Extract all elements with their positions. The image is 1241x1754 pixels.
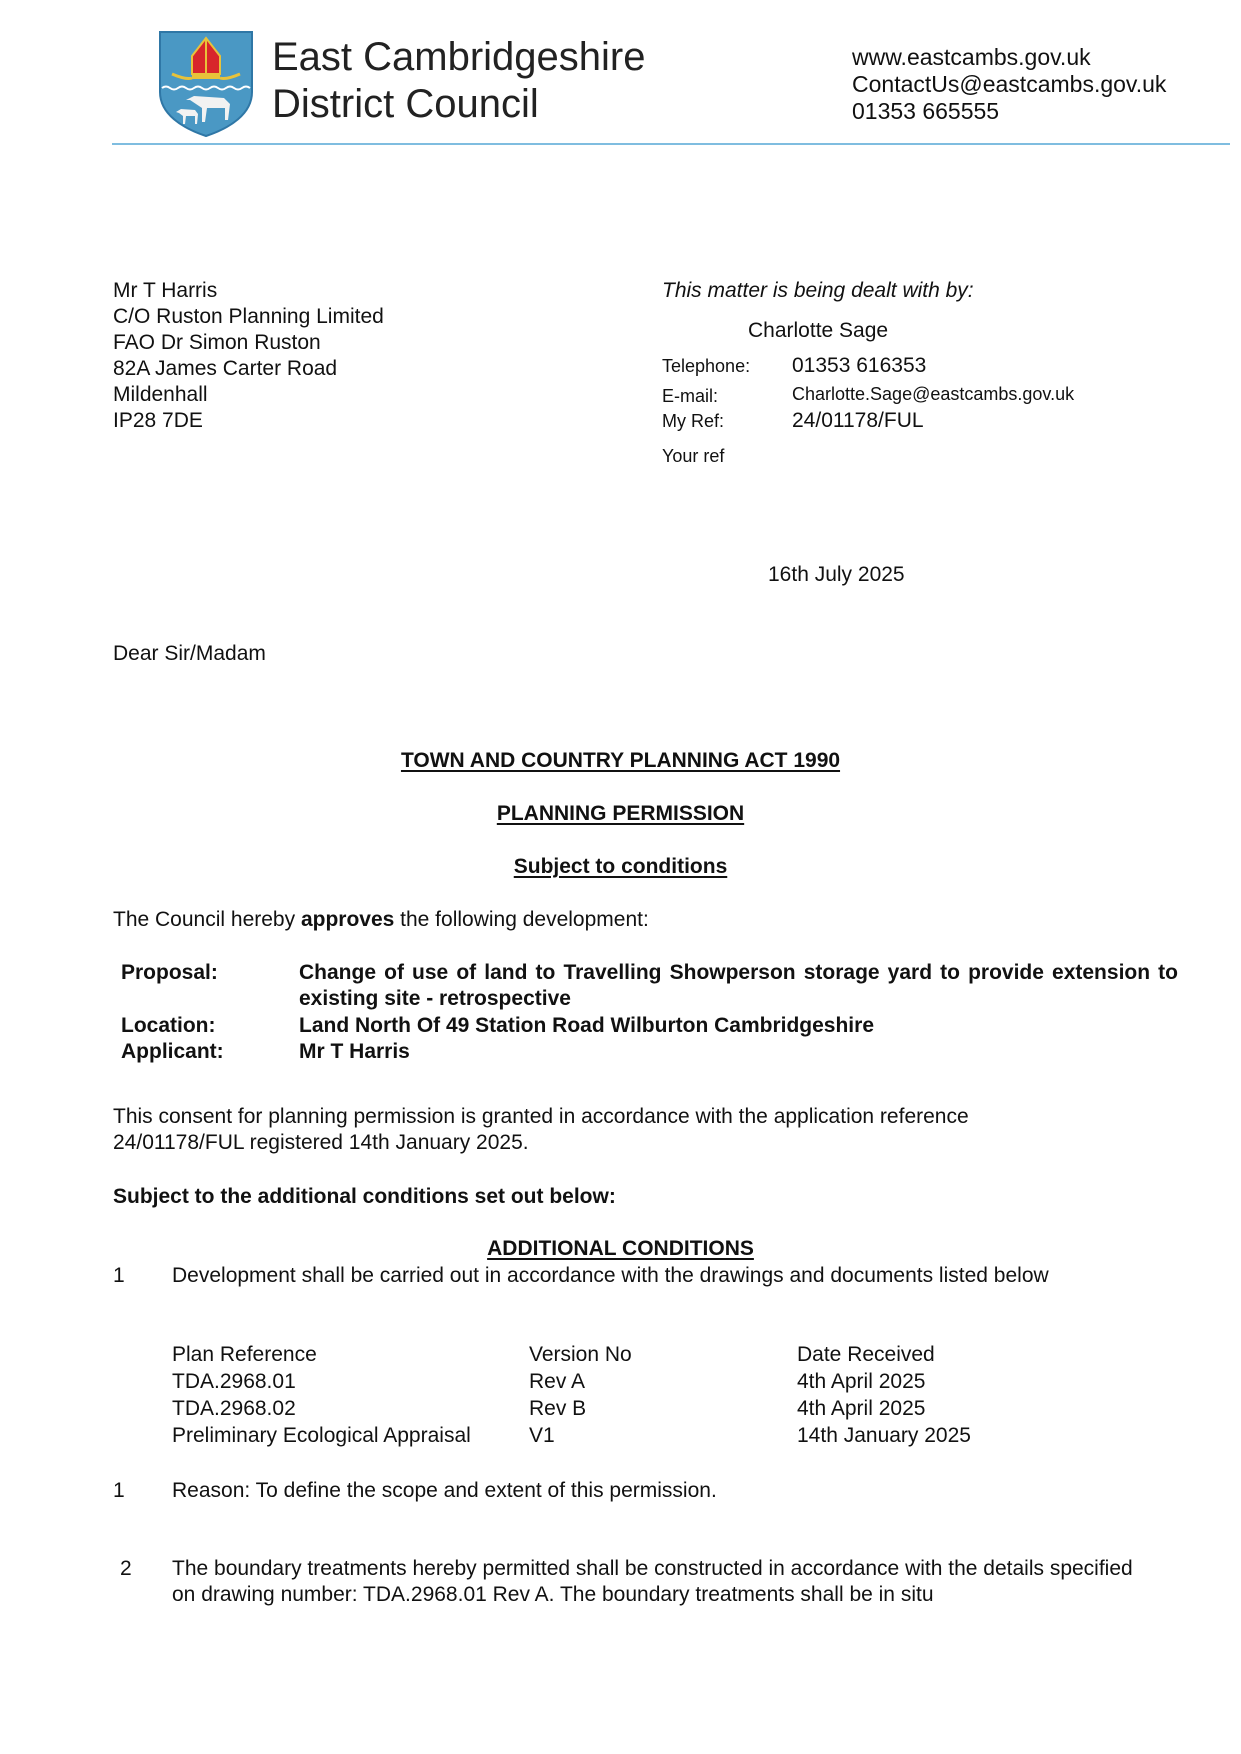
officer-name: Charlotte Sage <box>748 318 888 344</box>
permission-heading: PLANNING PERMISSION <box>0 801 1241 827</box>
additional-intro: Subject to the additional conditions set… <box>113 1184 616 1210</box>
council-contact: www.eastcambs.gov.uk ContactUs@eastcambs… <box>852 44 1166 125</box>
location-label: Location: <box>121 1013 291 1039</box>
approval-keyword: approves <box>301 908 394 931</box>
table-cell: 4th April 2025 <box>797 1396 925 1422</box>
my-ref-label: My Ref: <box>662 410 724 432</box>
additional-conditions-heading: ADDITIONAL CONDITIONS <box>0 1236 1241 1262</box>
address-line: C/O Ruston Planning Limited <box>113 304 384 330</box>
officer-intro: This matter is being dealt with by: <box>662 278 974 304</box>
address-line: 82A James Carter Road <box>113 356 384 382</box>
proposal-value: Change of use of land to Travelling Show… <box>299 960 1178 1012</box>
approval-suffix: the following development: <box>394 908 649 931</box>
address-line: Mildenhall <box>113 382 384 408</box>
column-header: Date Received <box>797 1342 935 1368</box>
council-phone: 01353 665555 <box>852 98 1166 125</box>
address-line: IP28 7DE <box>113 408 384 434</box>
consent-line-2: 24/01178/FUL registered 14th January 202… <box>113 1130 969 1156</box>
brand-line-2: District Council <box>272 81 646 128</box>
condition-text: The boundary treatments hereby permitted… <box>172 1556 1152 1608</box>
column-header: Plan Reference <box>172 1342 317 1368</box>
my-ref-value: 24/01178/FUL <box>792 408 924 434</box>
act-heading: TOWN AND COUNTRY PLANNING ACT 1990 <box>0 748 1241 774</box>
table-cell: TDA.2968.02 <box>172 1396 296 1422</box>
table-cell: Rev A <box>529 1369 585 1395</box>
brand-line-1: East Cambridgeshire <box>272 34 646 81</box>
telephone-label: Telephone: <box>662 355 750 377</box>
approval-statement: The Council hereby approves the followin… <box>113 907 649 933</box>
reason-number: 1 <box>113 1478 125 1504</box>
council-website-link[interactable]: www.eastcambs.gov.uk <box>852 44 1166 71</box>
condition-number: 2 <box>120 1556 132 1582</box>
letter-date: 16th July 2025 <box>768 562 905 588</box>
council-name: East Cambridgeshire District Council <box>272 34 646 128</box>
table-cell: Preliminary Ecological Appraisal <box>172 1423 471 1449</box>
table-cell: 4th April 2025 <box>797 1369 925 1395</box>
applicant-value: Mr T Harris <box>299 1039 410 1065</box>
table-cell: TDA.2968.01 <box>172 1369 296 1395</box>
proposal-label: Proposal: <box>121 960 291 986</box>
column-header: Version No <box>529 1342 632 1368</box>
consent-line-1: This consent for planning permission is … <box>113 1104 969 1130</box>
address-line: Mr T Harris <box>113 278 384 304</box>
table-cell: V1 <box>529 1423 555 1449</box>
your-ref-label: Your ref <box>662 445 724 467</box>
condition-number: 1 <box>113 1263 125 1289</box>
address-line: FAO Dr Simon Ruston <box>113 330 384 356</box>
recipient-address: Mr T Harris C/O Ruston Planning Limited … <box>113 278 384 434</box>
council-email-link[interactable]: ContactUs@eastcambs.gov.uk <box>852 71 1166 98</box>
subject-heading: Subject to conditions <box>0 854 1241 880</box>
reason-text: Reason: To define the scope and extent o… <box>172 1478 1132 1504</box>
applicant-label: Applicant: <box>121 1039 291 1065</box>
table-cell: 14th January 2025 <box>797 1423 971 1449</box>
table-cell: Rev B <box>529 1396 586 1422</box>
approval-prefix: The Council hereby <box>113 908 301 931</box>
email-label: E-mail: <box>662 385 718 407</box>
condition-text: Development shall be carried out in acco… <box>172 1263 1092 1289</box>
salutation: Dear Sir/Madam <box>113 641 266 667</box>
council-shield-icon <box>158 30 254 138</box>
officer-email-link[interactable]: Charlotte.Sage@eastcambs.gov.uk <box>792 383 1074 405</box>
header-divider <box>112 143 1230 145</box>
consent-statement: This consent for planning permission is … <box>113 1104 969 1156</box>
location-value: Land North Of 49 Station Road Wilburton … <box>299 1013 874 1039</box>
officer-telephone: 01353 616353 <box>792 353 926 379</box>
